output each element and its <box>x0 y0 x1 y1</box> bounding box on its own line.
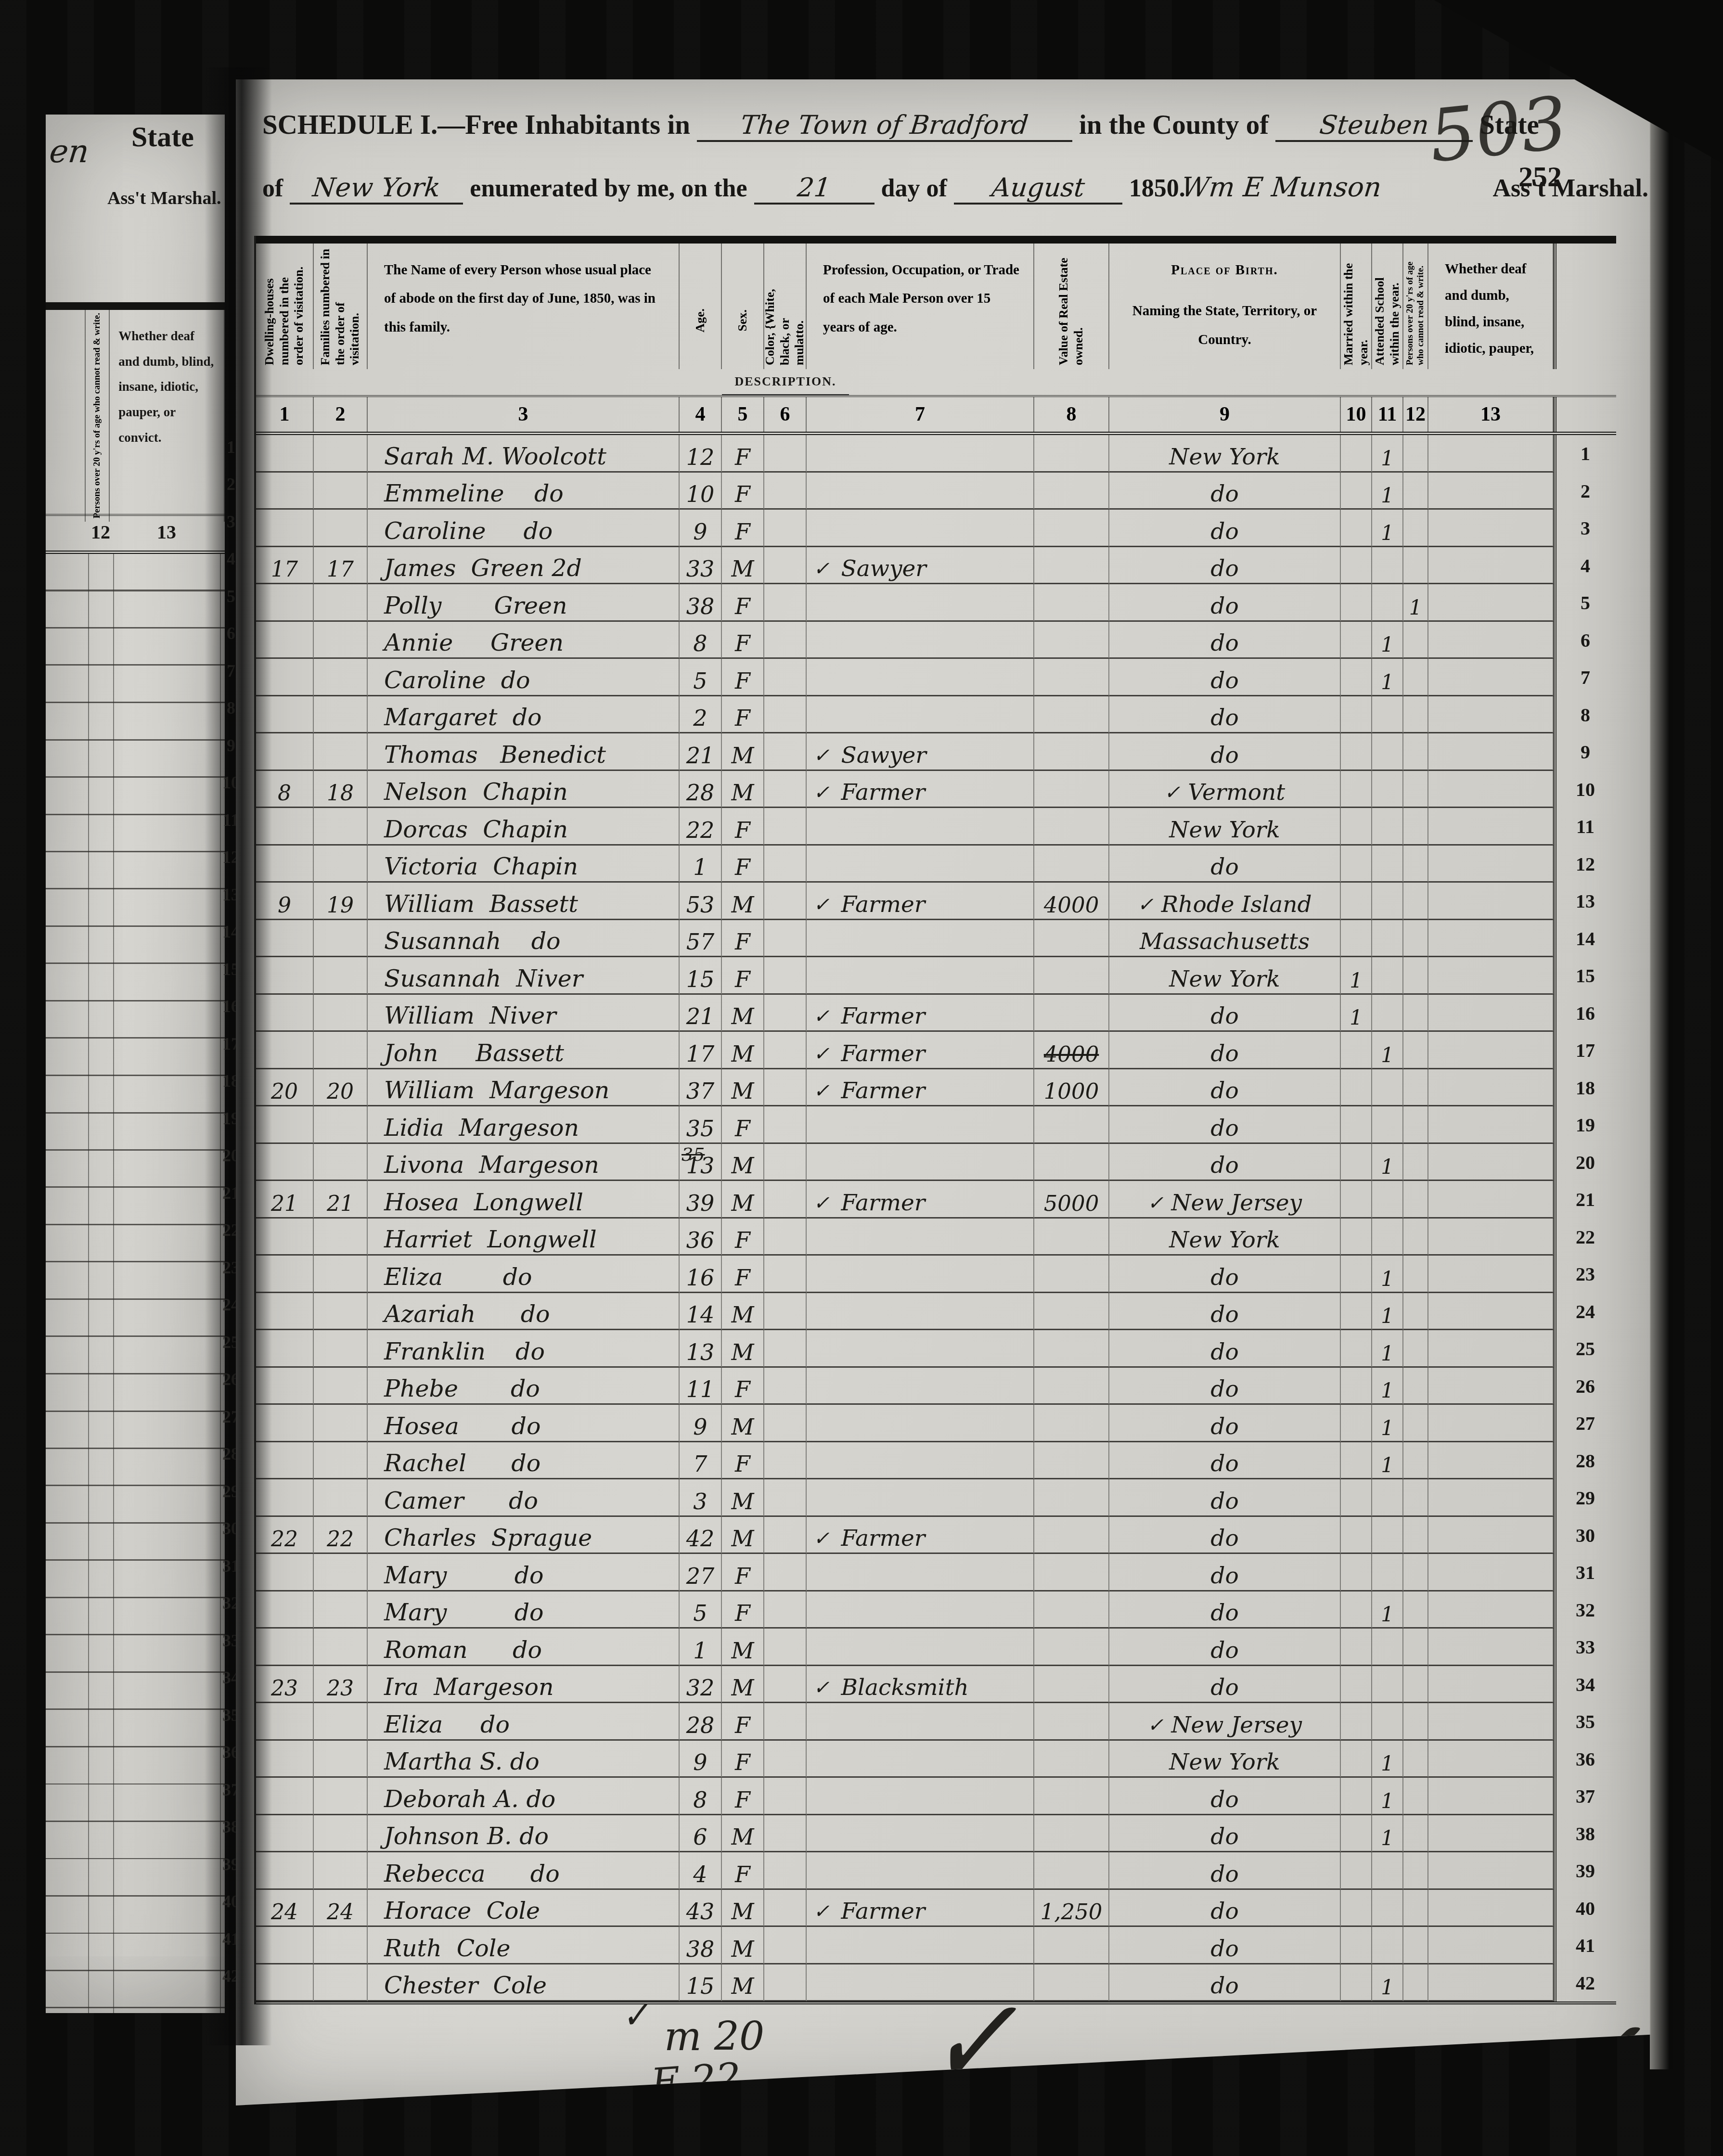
cell-person-name: Margaret do <box>368 696 680 734</box>
cell-attended-school <box>1372 883 1403 920</box>
row-number: 26 <box>1554 1368 1614 1405</box>
cell-person-name: Horace Cole <box>368 1890 680 1927</box>
cell-real-estate-value <box>1034 1517 1109 1554</box>
cell-sex: M <box>722 771 764 808</box>
cell-cannot-read <box>1403 1219 1428 1256</box>
cell-married-in-year <box>1341 771 1372 808</box>
cell-attended-school: 1 <box>1372 1293 1403 1331</box>
col-header-name: The Name of every Person whose usual pla… <box>368 244 680 369</box>
cell-person-name: Roman do <box>368 1629 680 1666</box>
cell-real-estate-value <box>1034 1479 1109 1517</box>
cell-real-estate-value <box>1034 1591 1109 1629</box>
cell-person-name: Eliza do <box>368 1703 680 1741</box>
census-table: Dwelling-houses numbered in the order of… <box>254 236 1616 2004</box>
cell-occupation: ✓ <box>807 1778 1034 1815</box>
cell-cannot-read <box>1403 659 1428 696</box>
cell-condition <box>1428 1032 1554 1069</box>
cell-attended-school <box>1372 1106 1403 1144</box>
cell-attended-school: 1 <box>1372 659 1403 696</box>
cell-age: 39 <box>680 1181 722 1219</box>
cell-attended-school <box>1372 808 1403 846</box>
cell-real-estate-value <box>1034 1666 1109 1704</box>
cell-cannot-read <box>1403 771 1428 808</box>
cell-birthplace: ✓New York <box>1109 1219 1341 1256</box>
cell-color <box>764 1666 807 1704</box>
cell-family-number <box>314 584 368 622</box>
cell-married-in-year <box>1341 808 1372 846</box>
cell-sex: M <box>722 995 764 1032</box>
cell-color <box>764 1554 807 1591</box>
cell-dwelling-number: 24 <box>256 1890 314 1927</box>
cell-attended-school <box>1372 846 1403 883</box>
town-blank: The Town of Bradford <box>697 110 1072 142</box>
cell-family-number <box>314 510 368 547</box>
cell-married-in-year <box>1341 1591 1372 1629</box>
row-number: 6 <box>1554 622 1614 659</box>
cell-occupation: ✓ <box>807 1741 1034 1778</box>
col-num-12: 12 <box>1403 397 1428 432</box>
column-number-row: 1 2 3 4 5 6 7 8 9 10 11 12 13 <box>256 395 1616 435</box>
header-line-1: SCHEDULE I.—Free Inhabitants in The Town… <box>262 109 1539 142</box>
cell-color <box>764 1927 807 1964</box>
cell-sex: F <box>722 1703 764 1741</box>
cell-sex: F <box>722 1106 764 1144</box>
row-number: 17 <box>1554 1032 1614 1069</box>
cell-condition <box>1428 1964 1554 2002</box>
cell-person-name: Eliza do <box>368 1256 680 1293</box>
cell-married-in-year <box>1341 1927 1372 1964</box>
cell-occupation: ✓ <box>807 1293 1034 1331</box>
cell-birthplace: ✓do <box>1109 1479 1341 1517</box>
cell-birthplace: ✓do <box>1109 995 1341 1032</box>
cell-person-name: Hosea do <box>368 1405 680 1442</box>
cell-cannot-read <box>1403 1964 1428 2002</box>
cell-occupation: ✓ <box>807 957 1034 995</box>
cell-person-name: Thomas Benedict <box>368 733 680 771</box>
cell-family-number <box>314 1629 368 1666</box>
cell-occupation: ✓ <box>807 1330 1034 1368</box>
cell-occupation: ✓ <box>807 510 1034 547</box>
cell-cannot-read <box>1403 1852 1428 1890</box>
cell-birthplace: ✓do <box>1109 1852 1341 1890</box>
cell-dwelling-number <box>256 622 314 659</box>
cell-color <box>764 1517 807 1554</box>
cell-sex: M <box>722 1144 764 1181</box>
cell-family-number: 20 <box>314 1069 368 1107</box>
cell-sex: M <box>722 1032 764 1069</box>
cell-attended-school <box>1372 920 1403 958</box>
cell-real-estate-value: 5000 <box>1034 1181 1109 1219</box>
cell-real-estate-value <box>1034 1330 1109 1368</box>
cell-age: 38 <box>680 584 722 622</box>
cell-family-number <box>314 1703 368 1741</box>
cell-family-number <box>314 1144 368 1181</box>
cell-sex: M <box>722 1964 764 2002</box>
cell-condition <box>1428 808 1554 846</box>
cell-dwelling-number <box>256 995 314 1032</box>
cell-color <box>764 995 807 1032</box>
cell-dwelling-number <box>256 659 314 696</box>
cell-person-name: Emmeline do <box>368 473 680 510</box>
cell-cannot-read <box>1403 1778 1428 1815</box>
cell-birthplace: ✓do <box>1109 1890 1341 1927</box>
cell-attended-school: 1 <box>1372 1330 1403 1368</box>
row-number: 15 <box>1554 957 1614 995</box>
cell-condition <box>1428 1778 1554 1815</box>
cell-birthplace: ✓do <box>1109 1032 1341 1069</box>
cell-person-name: Mary do <box>368 1591 680 1629</box>
cell-sex: F <box>722 957 764 995</box>
cell-married-in-year <box>1341 1703 1372 1741</box>
col-num-7: 7 <box>807 397 1034 432</box>
row-number: 35 <box>1554 1703 1614 1741</box>
cell-married-in-year: 1 <box>1341 995 1372 1032</box>
cell-family-number <box>314 1106 368 1144</box>
cell-color <box>764 1741 807 1778</box>
cell-age: 1 <box>680 1629 722 1666</box>
row-number: 10 <box>1554 771 1614 808</box>
cell-married-in-year <box>1341 1330 1372 1368</box>
cell-real-estate-value <box>1034 1293 1109 1331</box>
cell-family-number: 21 <box>314 1181 368 1219</box>
cell-condition <box>1428 1927 1554 1964</box>
cell-attended-school: 1 <box>1372 510 1403 547</box>
cell-cannot-read <box>1403 1069 1428 1107</box>
cell-dwelling-number: 17 <box>256 547 314 585</box>
cell-family-number <box>314 1256 368 1293</box>
cell-sex: M <box>722 1330 764 1368</box>
cell-age: 15 <box>680 1964 722 2002</box>
cell-sex: M <box>722 1181 764 1219</box>
cell-attended-school <box>1372 1181 1403 1219</box>
cell-condition <box>1428 1442 1554 1480</box>
cell-birthplace: ✓do <box>1109 1442 1341 1480</box>
cell-occupation: ✓ <box>807 1219 1034 1256</box>
cell-condition <box>1428 473 1554 510</box>
left-vline-2 <box>113 554 114 2013</box>
cell-cannot-read <box>1403 957 1428 995</box>
cell-condition <box>1428 1293 1554 1331</box>
day-of-label: day of <box>881 174 947 203</box>
town-name: The Town of Bradford <box>739 110 1030 140</box>
cell-real-estate-value <box>1034 1815 1109 1853</box>
row-number: 13 <box>1554 883 1614 920</box>
cell-attended-school <box>1372 1069 1403 1107</box>
col-header-sex: Sex. <box>722 244 764 369</box>
cell-sex: F <box>722 1554 764 1591</box>
cell-attended-school <box>1372 584 1403 622</box>
cell-occupation: ✓ <box>807 1591 1034 1629</box>
cell-person-name: Nelson Chapin <box>368 771 680 808</box>
cell-occupation: ✓ <box>807 659 1034 696</box>
cell-real-estate-value <box>1034 1741 1109 1778</box>
cell-attended-school: 1 <box>1372 1144 1403 1181</box>
cell-married-in-year <box>1341 1368 1372 1405</box>
cell-dwelling-number: 9 <box>256 883 314 920</box>
cell-married-in-year <box>1341 473 1372 510</box>
row-number: 14 <box>1554 920 1614 958</box>
cell-occupation: ✓ <box>807 1927 1034 1964</box>
cell-real-estate-value <box>1034 1927 1109 1964</box>
cell-attended-school <box>1372 696 1403 734</box>
cell-family-number <box>314 473 368 510</box>
cell-color <box>764 696 807 734</box>
cell-cannot-read <box>1403 1815 1428 1853</box>
cell-married-in-year <box>1341 920 1372 958</box>
cell-condition <box>1428 1181 1554 1219</box>
cell-occupation: ✓Blacksmith <box>807 1666 1034 1704</box>
cell-birthplace: ✓Massachusetts <box>1109 920 1341 958</box>
cell-attended-school: 1 <box>1372 1368 1403 1405</box>
cell-married-in-year <box>1341 1815 1372 1853</box>
cell-condition <box>1428 1554 1554 1591</box>
cell-birthplace: ✓do <box>1109 1964 1341 2002</box>
cell-real-estate-value <box>1034 696 1109 734</box>
cell-color <box>764 957 807 995</box>
cell-sex: F <box>722 920 764 958</box>
cell-real-estate-value: 4000 <box>1034 1032 1109 1069</box>
cell-family-number <box>314 1591 368 1629</box>
cell-family-number <box>314 1852 368 1890</box>
cell-real-estate-value <box>1034 1703 1109 1741</box>
review-check-left: ✓ <box>925 1962 1019 2105</box>
cell-person-name: Martha S. do <box>368 1741 680 1778</box>
cell-birthplace: ✓do <box>1109 1778 1341 1815</box>
cell-attended-school: 1 <box>1372 1964 1403 2002</box>
cell-condition <box>1428 584 1554 622</box>
cell-birthplace: ✓New York <box>1109 435 1341 473</box>
cell-married-in-year <box>1341 1666 1372 1704</box>
col-header-birthplace: Place of Birth. Naming the State, Territ… <box>1109 244 1341 369</box>
cell-married-in-year <box>1341 846 1372 883</box>
cell-person-name: Sarah M. Woolcott <box>368 435 680 473</box>
row-number: 8 <box>1554 696 1614 734</box>
cell-occupation: ✓ <box>807 1106 1034 1144</box>
cell-family-number: 23 <box>314 1666 368 1704</box>
cell-sex: M <box>722 1890 764 1927</box>
cell-family-number <box>314 1778 368 1815</box>
cell-occupation: ✓Farmer <box>807 883 1034 920</box>
left-state-label: State <box>131 120 194 154</box>
cell-color <box>764 1778 807 1815</box>
cell-age: 10 <box>680 473 722 510</box>
cell-color <box>764 1069 807 1107</box>
cell-cannot-read <box>1403 1368 1428 1405</box>
cell-cannot-read <box>1403 1144 1428 1181</box>
cell-color <box>764 547 807 585</box>
cell-family-number <box>314 1815 368 1853</box>
cell-attended-school: 1 <box>1372 435 1403 473</box>
cell-person-name: Lidia Margeson <box>368 1106 680 1144</box>
cell-cannot-read <box>1403 1703 1428 1741</box>
cell-family-number: 19 <box>314 883 368 920</box>
cell-age: 43 <box>680 1890 722 1927</box>
row-number: 7 <box>1554 659 1614 696</box>
cell-dwelling-number <box>256 1405 314 1442</box>
cell-birthplace: ✓do <box>1109 659 1341 696</box>
cell-person-name: Rebecca do <box>368 1852 680 1890</box>
birthplace-check-icon: ✓ <box>1137 894 1154 918</box>
cell-color <box>764 1964 807 2002</box>
row-number: 29 <box>1554 1479 1614 1517</box>
left-col12-number: 12 <box>88 521 113 543</box>
cell-condition <box>1428 1219 1554 1256</box>
cell-age: 21 <box>680 733 722 771</box>
cell-cannot-read <box>1403 1666 1428 1704</box>
cell-real-estate-value <box>1034 846 1109 883</box>
cell-attended-school <box>1372 1703 1403 1741</box>
cell-real-estate-value <box>1034 1405 1109 1442</box>
cell-dwelling-number: 20 <box>256 1069 314 1107</box>
cell-real-estate-value <box>1034 1219 1109 1256</box>
cell-real-estate-value <box>1034 1554 1109 1591</box>
cell-color <box>764 1852 807 1890</box>
cell-age: 14 <box>680 1293 722 1331</box>
cell-attended-school: 1 <box>1372 1778 1403 1815</box>
cell-condition <box>1428 1629 1554 1666</box>
row-number: 39 <box>1554 1852 1614 1890</box>
cell-age: 38 <box>680 1927 722 1964</box>
cell-person-name: James Green 2d <box>368 547 680 585</box>
row-number: 9 <box>1554 733 1614 771</box>
cell-family-number <box>314 1927 368 1964</box>
cell-married-in-year <box>1341 1256 1372 1293</box>
cell-married-in-year <box>1341 1554 1372 1591</box>
cell-condition <box>1428 1852 1554 1890</box>
cell-family-number <box>314 1368 368 1405</box>
row-number: 18 <box>1554 1069 1614 1107</box>
census-page: SCHEDULE I.—Free Inhabitants in The Town… <box>236 79 1651 2105</box>
cell-family-number <box>314 1219 368 1256</box>
cell-birthplace: ✓do <box>1109 1368 1341 1405</box>
cell-condition <box>1428 1368 1554 1405</box>
cell-real-estate-value <box>1034 510 1109 547</box>
tally-check-small: ✓ <box>618 1993 652 2037</box>
col-num-5: 5 <box>722 397 764 432</box>
cell-dwelling-number <box>256 1927 314 1964</box>
row-number: 36 <box>1554 1741 1614 1778</box>
left-empty-rows <box>46 554 225 2013</box>
col-header-real-estate: Value of Real Estate owned. <box>1034 244 1109 369</box>
cell-dwelling-number <box>256 1479 314 1517</box>
cell-dwelling-number <box>256 1554 314 1591</box>
cell-sex: F <box>722 1368 764 1405</box>
cell-married-in-year <box>1341 1032 1372 1069</box>
marshal-label: Ass't Marshal. <box>1492 174 1648 203</box>
row-number: 21 <box>1554 1181 1614 1219</box>
enumerator-signature: Wm E Munson <box>1180 172 1383 203</box>
cell-age: 36 <box>680 1219 722 1256</box>
cell-dwelling-number <box>256 957 314 995</box>
cell-cannot-read <box>1403 846 1428 883</box>
cell-attended-school <box>1372 995 1403 1032</box>
cell-condition <box>1428 1256 1554 1293</box>
cell-sex: F <box>722 435 764 473</box>
cell-cannot-read <box>1403 547 1428 585</box>
cell-dwelling-number: 22 <box>256 1517 314 1554</box>
col-header-married: Married within the year. <box>1341 244 1372 369</box>
cell-dwelling-number <box>256 696 314 734</box>
cell-person-name: William Niver <box>368 995 680 1032</box>
cell-age: 42 <box>680 1517 722 1554</box>
cell-dwelling-number <box>256 473 314 510</box>
row-number: 38 <box>1554 1815 1614 1853</box>
cell-birthplace: ✓do <box>1109 1629 1341 1666</box>
cell-occupation: ✓ <box>807 1852 1034 1890</box>
cell-married-in-year <box>1341 659 1372 696</box>
cell-occupation: ✓ <box>807 920 1034 958</box>
cell-attended-school <box>1372 957 1403 995</box>
row-number: 25 <box>1554 1330 1614 1368</box>
cell-dwelling-number <box>256 435 314 473</box>
cell-dwelling-number <box>256 1778 314 1815</box>
cell-person-name: Johnson B. do <box>368 1815 680 1853</box>
row-number: 11 <box>1554 808 1614 846</box>
cell-occupation: ✓Sawyer <box>807 547 1034 585</box>
cell-sex: F <box>722 1256 764 1293</box>
cell-birthplace: ✓Rhode Island <box>1109 883 1341 920</box>
cell-occupation: ✓Farmer <box>807 1517 1034 1554</box>
cell-color <box>764 1591 807 1629</box>
cell-cannot-read <box>1403 1591 1428 1629</box>
cell-occupation: ✓ <box>807 846 1034 883</box>
cell-occupation: ✓ <box>807 1703 1034 1741</box>
cell-cannot-read <box>1403 1256 1428 1293</box>
description-group-label: DESCRIPTION. <box>722 369 849 395</box>
cell-birthplace: ✓do <box>1109 1256 1341 1293</box>
cell-person-name: Caroline do <box>368 659 680 696</box>
cell-family-number <box>314 1479 368 1517</box>
title-tail: —Free Inhabitants in <box>437 109 690 141</box>
cell-family-number <box>314 995 368 1032</box>
cell-real-estate-value: 4000 <box>1034 883 1109 920</box>
cell-occupation: ✓ <box>807 1442 1034 1480</box>
cell-age: 53 <box>680 883 722 920</box>
cell-age: 3 <box>680 1479 722 1517</box>
cell-cannot-read <box>1403 995 1428 1032</box>
cell-dwelling-number <box>256 920 314 958</box>
cell-family-number <box>314 696 368 734</box>
cell-sex: M <box>722 1815 764 1853</box>
state-blank: New York <box>290 172 463 205</box>
cell-real-estate-value <box>1034 473 1109 510</box>
cell-sex: F <box>722 696 764 734</box>
cell-age: 32 <box>680 1666 722 1704</box>
cell-person-name: Ruth Cole <box>368 1927 680 1964</box>
cell-cannot-read <box>1403 1032 1428 1069</box>
cell-sex: F <box>722 584 764 622</box>
cell-family-number <box>314 846 368 883</box>
cell-condition <box>1428 659 1554 696</box>
cell-condition <box>1428 1069 1554 1107</box>
cell-age: 9 <box>680 1741 722 1778</box>
of-label: of <box>262 174 283 203</box>
cell-person-name: Livona Margeson <box>368 1144 680 1181</box>
cell-person-name: Franklin do <box>368 1330 680 1368</box>
cell-married-in-year <box>1341 696 1372 734</box>
cell-age: 1 <box>680 846 722 883</box>
row-number: 32 <box>1554 1591 1614 1629</box>
cell-person-name: Camer do <box>368 1479 680 1517</box>
row-number: 37 <box>1554 1778 1614 1815</box>
col-num-rownum-strip <box>1554 397 1614 432</box>
enumerated-label: enumerated by me, on the <box>470 174 747 203</box>
cell-age: 12 <box>680 435 722 473</box>
cell-birthplace: ✓do <box>1109 510 1341 547</box>
cell-married-in-year <box>1341 1517 1372 1554</box>
cell-condition <box>1428 771 1554 808</box>
cell-occupation: ✓ <box>807 1405 1034 1442</box>
